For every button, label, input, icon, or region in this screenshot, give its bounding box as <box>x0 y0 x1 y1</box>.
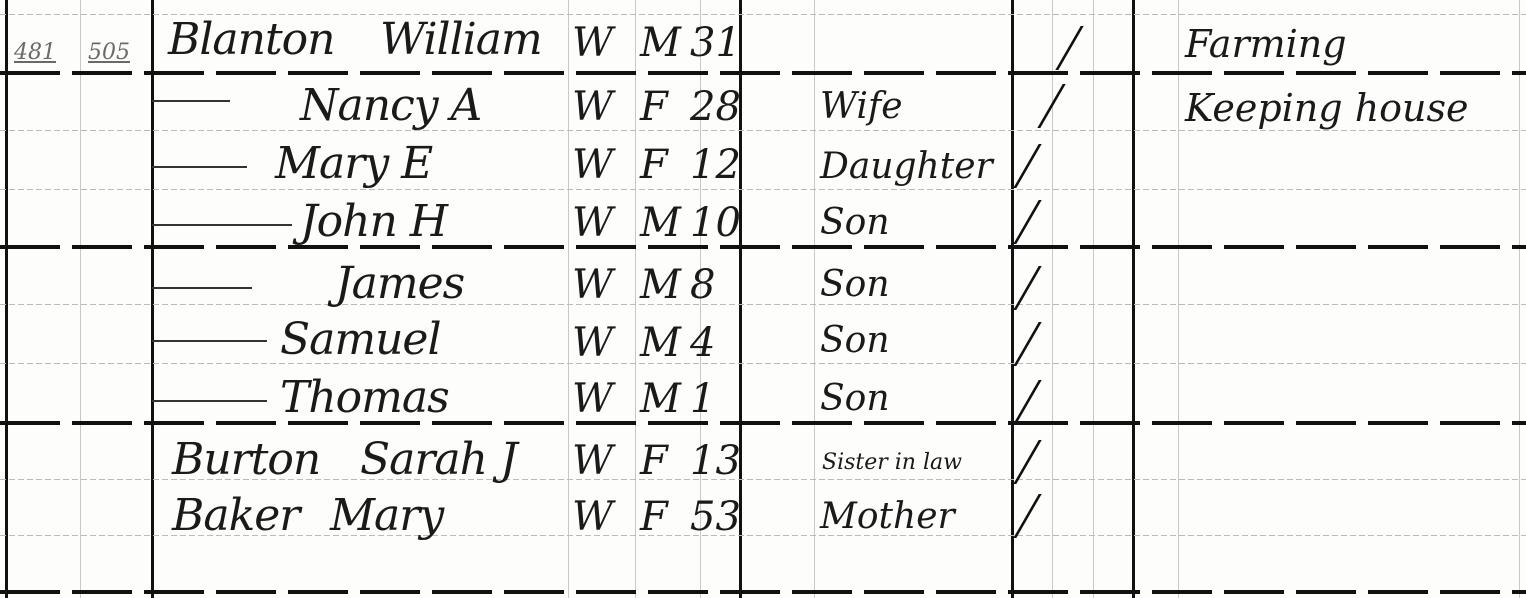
rule-row-5 <box>0 304 1526 305</box>
row-9-given: Mary <box>330 490 443 541</box>
row-7-sex: M <box>640 376 681 422</box>
row-9-relationship: Mother <box>820 496 955 537</box>
row-2-age: 28 <box>690 84 741 130</box>
row-4-marital-mark <box>1013 200 1041 244</box>
row-4-ditto-dash <box>152 224 292 226</box>
rule-heavy-2 <box>0 245 1526 249</box>
row-3-sex: F <box>640 142 668 188</box>
row-7-age: 1 <box>690 376 715 422</box>
row-1-sex: M <box>640 20 681 66</box>
rule-left-edge <box>5 0 8 598</box>
row-3-color: W <box>572 142 613 188</box>
rule-before-relationship <box>814 0 815 598</box>
row-6-relationship: Son <box>820 320 890 361</box>
row-8-age: 13 <box>690 438 741 484</box>
row-2-sex: F <box>640 84 668 130</box>
row-6-marital-mark <box>1013 322 1041 366</box>
row-4-sex: M <box>640 200 681 246</box>
row-4-color: W <box>572 200 613 246</box>
row-3-marital-mark <box>1013 144 1041 188</box>
dwelling-number: 481 <box>14 40 56 65</box>
row-4-age: 10 <box>690 200 741 246</box>
row-1-surname: Blanton <box>168 14 335 65</box>
rule-row-2 <box>0 130 1526 131</box>
rule-heavy-3 <box>0 421 1526 425</box>
row-8-sex: F <box>640 438 668 484</box>
row-8-color: W <box>572 438 613 484</box>
row-6-sex: M <box>640 320 681 366</box>
rule-name-color <box>568 0 569 598</box>
row-7-given: Thomas <box>280 372 449 423</box>
row-3-given: Mary E <box>275 138 432 189</box>
rule-dwelling-family <box>80 0 81 598</box>
rule-marital-1 <box>1052 0 1053 598</box>
row-2-relationship: Wife <box>820 86 903 127</box>
row-6-given: Samuel <box>280 314 441 365</box>
row-9-color: W <box>572 494 613 540</box>
row-1-color: W <box>572 20 613 66</box>
row-9-marital-mark <box>1013 494 1041 538</box>
row-2-ditto-dash <box>152 100 230 102</box>
family-number: 505 <box>88 40 130 65</box>
rule-row-3 <box>0 189 1526 190</box>
row-9-surname: Baker <box>172 490 299 541</box>
rule-after-relationship <box>1011 0 1014 598</box>
row-8-given: Sarah J <box>360 434 517 485</box>
rule-right-edge <box>1519 0 1520 598</box>
row-5-relationship: Son <box>820 264 890 305</box>
row-6-ditto-dash <box>152 340 267 342</box>
row-4-relationship: Son <box>820 202 890 243</box>
row-8-relationship: Sister in law <box>822 450 962 475</box>
row-5-ditto-dash <box>152 287 252 289</box>
row-4-given: John H <box>300 196 447 247</box>
row-3-ditto-dash <box>152 166 247 168</box>
row-3-age: 12 <box>690 142 741 188</box>
row-5-age: 8 <box>690 262 715 308</box>
row-5-given: James <box>335 258 464 309</box>
row-1-given: William <box>380 14 542 65</box>
row-6-age: 4 <box>690 320 715 366</box>
row-7-relationship: Son <box>820 378 890 419</box>
row-9-sex: F <box>640 494 668 540</box>
row-7-marital-mark <box>1013 380 1041 424</box>
row-2-given: Nancy A <box>300 80 481 131</box>
row-7-color: W <box>572 376 613 422</box>
row-7-ditto-dash <box>152 400 267 402</box>
row-6-color: W <box>572 320 613 366</box>
census-sheet: 481 505 Blanton William W M 31 Farming N… <box>0 0 1526 598</box>
row-8-marital-mark <box>1013 440 1041 484</box>
rule-row-6 <box>0 363 1526 364</box>
rule-marital-2 <box>1093 0 1094 598</box>
row-1-age: 31 <box>690 20 741 66</box>
row-8-surname: Burton <box>172 434 320 485</box>
rule-before-name <box>151 0 154 598</box>
row-5-color: W <box>572 262 613 308</box>
rule-heavy-1 <box>0 71 1526 75</box>
row-2-color: W <box>572 84 613 130</box>
row-1-marital-mark <box>1055 26 1083 70</box>
row-1-occupation: Farming <box>1185 22 1347 66</box>
rule-before-occupation <box>1132 0 1135 598</box>
row-5-sex: M <box>640 262 681 308</box>
rule-color-sex <box>635 0 636 598</box>
rule-occupation-inner <box>1178 0 1179 598</box>
row-2-occupation: Keeping house <box>1185 86 1469 130</box>
rule-heavy-4 <box>0 590 1526 594</box>
row-3-relationship: Daughter <box>820 146 993 187</box>
row-9-age: 53 <box>690 494 741 540</box>
